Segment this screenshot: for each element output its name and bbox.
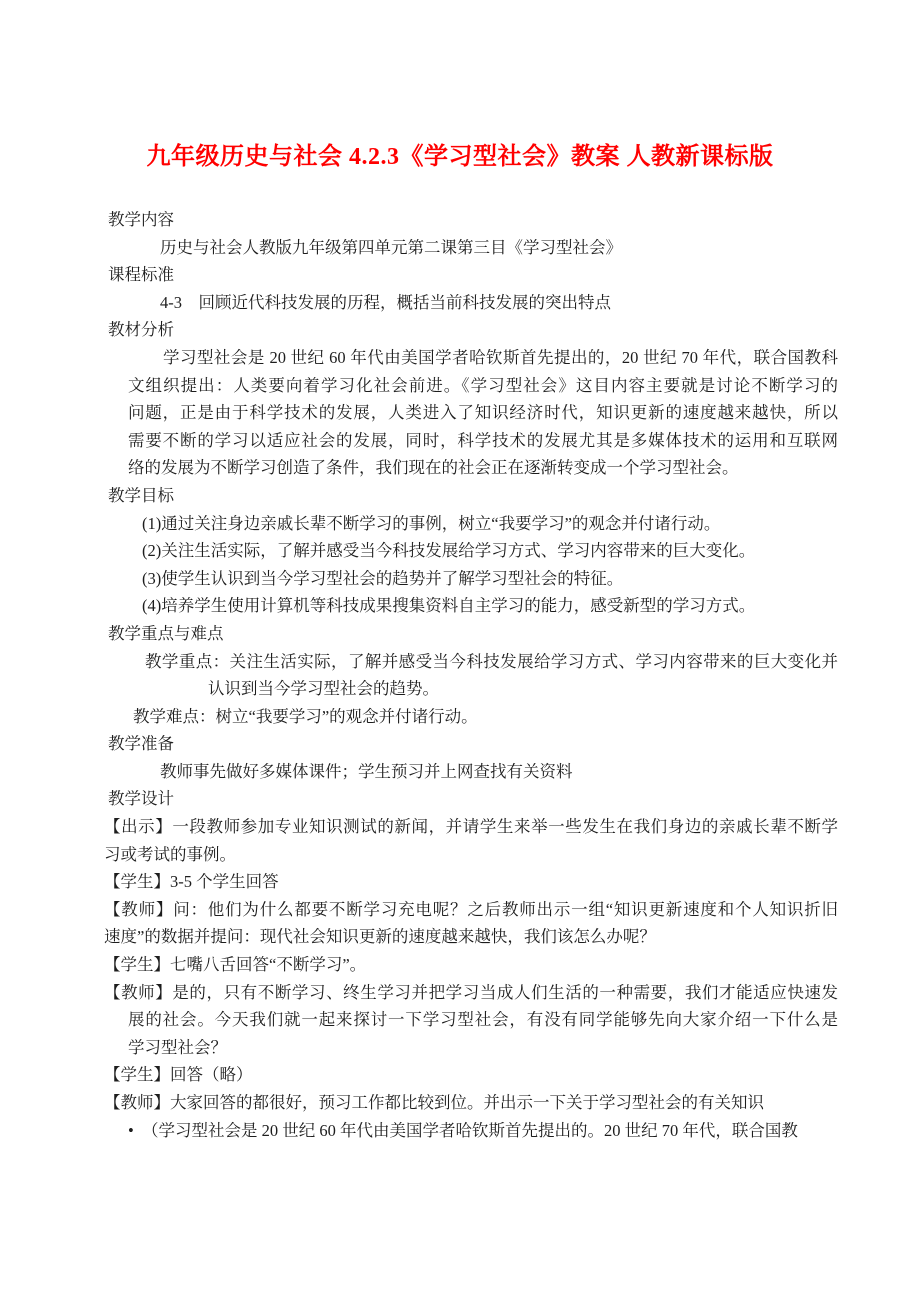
doc-line: 展的社会。今天我们就一起来探讨一下学习型社会，有没有同学能够先向大家介绍一下什么… bbox=[128, 1006, 838, 1034]
doc-line: 络的发展为不断学习创造了条件，我们现在的社会正在逐渐转变成一个学习型社会。 bbox=[128, 454, 920, 482]
doc-line: 【学生】3-5 个学生回答 bbox=[104, 868, 920, 896]
section-heading: 课程标准 bbox=[108, 261, 920, 289]
doc-line: 学习型社会是 20 世纪 60 年代由美国学者哈钦斯首先提出的，20 世纪 70… bbox=[163, 344, 838, 372]
section-heading: 教材分析 bbox=[108, 316, 920, 344]
doc-line: 【教师】大家回答的都很好，预习工作都比较到位。并出示一下关于学习型社会的有关知识 bbox=[104, 1089, 920, 1117]
page-title: 九年级历史与社会 4.2.3《学习型社会》教案 人教新课标版 bbox=[0, 136, 920, 171]
doc-line: 文组织提出：人类要向着学习化社会前进。《学习型社会》这目内容主要就是讨论不断学习… bbox=[128, 372, 838, 400]
doc-line: 学习型社会？ bbox=[128, 1034, 920, 1062]
doc-line: 【出示】一段教师参加专业知识测试的新闻，并请学生来举一些发生在我们身边的亲戚长辈… bbox=[104, 813, 838, 841]
doc-line: 【学生】七嘴八舌回答“不断学习”。 bbox=[104, 951, 920, 979]
doc-line: 认识到当今学习型社会的趋势。 bbox=[208, 675, 920, 703]
doc-line: 【学生】回答（略） bbox=[104, 1061, 920, 1089]
doc-line: 教师事先做好多媒体课件；学生预习并上网查找有关资料 bbox=[160, 758, 920, 786]
doc-line: 问题，正是由于科学技术的发展，人类进入了知识经济时代，知识更新的速度越来越快，所… bbox=[128, 399, 838, 427]
section-heading: 教学设计 bbox=[108, 785, 920, 813]
section-heading: 教学重点与难点 bbox=[108, 620, 920, 648]
doc-line: 需要不断的学习以适应社会的发展，同时，科学技术的发展尤其是多媒体技术的运用和互联… bbox=[128, 427, 838, 455]
doc-line: (1)通过关注身边亲戚长辈不断学习的事例，树立“我要学习”的观念并付诸行动。 bbox=[142, 510, 920, 538]
doc-line: 教学难点：树立“我要学习”的观念并付诸行动。 bbox=[133, 703, 920, 731]
doc-line: 速度”的数据并提问：现代社会知识更新的速度越来越快，我们该怎么办呢？ bbox=[104, 923, 920, 951]
doc-line: 历史与社会人教版九年级第四单元第二课第三目《学习型社会》 bbox=[160, 234, 920, 262]
document-page: 九年级历史与社会 4.2.3《学习型社会》教案 人教新课标版 教学内容历史与社会… bbox=[0, 0, 920, 1302]
doc-line: 【教师】是的，只有不断学习、终生学习并把学习当成人们生活的一种需要，我们才能适应… bbox=[104, 979, 838, 1007]
doc-line: 【教师】问：他们为什么都要不断学习充电呢？之后教师出示一组“知识更新速度和个人知… bbox=[104, 896, 838, 924]
doc-line: (4)培养学生使用计算机等科技成果搜集资料自主学习的能力，感受新型的学习方式。 bbox=[142, 592, 920, 620]
section-heading: 教学内容 bbox=[108, 206, 920, 234]
doc-line: 4-3 回顾近代科技发展的历程，概括当前科技发展的突出特点 bbox=[160, 289, 920, 317]
document-body: 教学内容历史与社会人教版九年级第四单元第二课第三目《学习型社会》课程标准4-3 … bbox=[0, 206, 920, 1144]
doc-line: (3)使学生认识到当今学习型社会的趋势并了解学习型社会的特征。 bbox=[142, 565, 920, 593]
doc-line: 教学重点：关注生活实际，了解并感受当今科技发展给学习方式、学习内容带来的巨大变化… bbox=[145, 648, 838, 676]
section-heading: 教学准备 bbox=[108, 730, 920, 758]
bullet-list-item: • （学习型社会是 20 世纪 60 年代由美国学者哈钦斯首先提出的。20 世纪… bbox=[128, 1117, 920, 1145]
doc-line: 习或考试的事例。 bbox=[104, 841, 920, 869]
section-heading: 教学目标 bbox=[108, 482, 920, 510]
doc-line: (2)关注生活实际，了解并感受当今科技发展给学习方式、学习内容带来的巨大变化。 bbox=[142, 537, 920, 565]
